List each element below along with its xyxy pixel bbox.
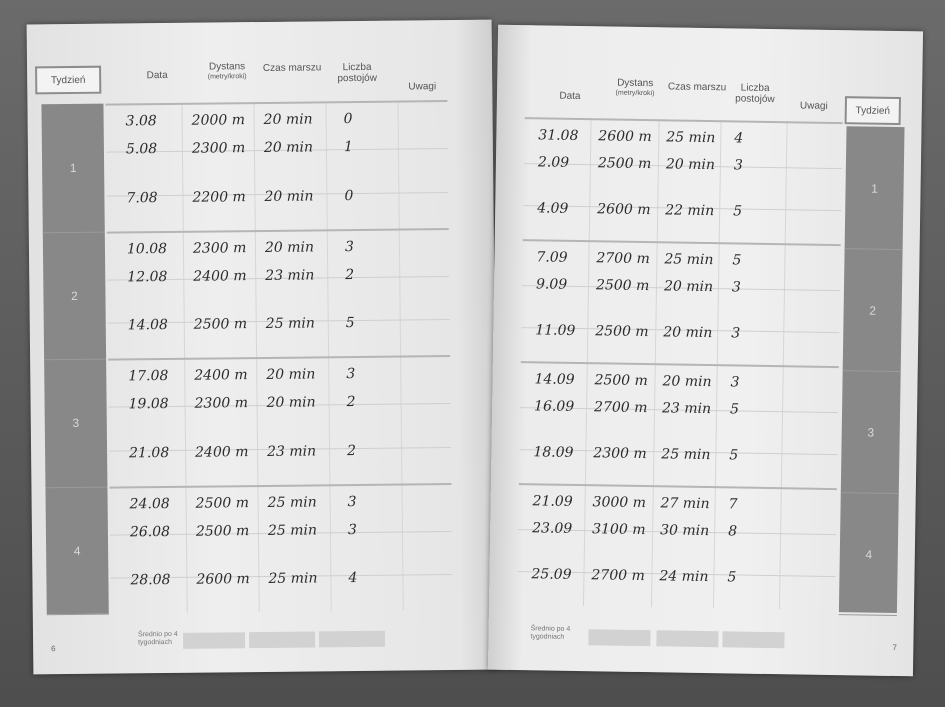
- week-block: 2: [843, 248, 903, 372]
- distance-header: Dystans(metry/kroki): [595, 78, 675, 97]
- time-cell: 20 min: [267, 395, 316, 412]
- date-cell: 14.09: [534, 371, 574, 388]
- average-time-box[interactable]: [656, 630, 718, 647]
- stops-cell: 0: [344, 111, 353, 127]
- stops-cell: 3: [731, 325, 740, 341]
- time-cell: 20 min: [662, 373, 711, 390]
- date-cell: 18.09: [533, 444, 573, 461]
- average-distance-box[interactable]: [588, 629, 650, 646]
- distance-cell: 2600 m: [597, 201, 651, 218]
- week-column-header: Tydzień: [35, 66, 101, 95]
- week-tab-label: Tydzień: [855, 105, 890, 117]
- time-cell: 20 min: [664, 278, 713, 295]
- date-cell: 23.09: [532, 520, 572, 537]
- distance-cell: 2400 m: [193, 268, 247, 285]
- week-number: 2: [869, 303, 876, 317]
- week-block: 2: [43, 231, 106, 360]
- stops-cell: 5: [346, 315, 355, 331]
- week-number: 3: [867, 425, 874, 439]
- stops-cell: 2: [345, 267, 354, 283]
- distance-header: Dystans(metry/kroki): [187, 62, 267, 81]
- week-block: 4: [45, 486, 108, 615]
- page-number: 7: [892, 643, 897, 652]
- time-cell: 25 min: [666, 129, 715, 146]
- time-cell: 20 min: [663, 324, 712, 341]
- stops-cell: 5: [733, 203, 742, 219]
- distance-cell: 2200 m: [192, 189, 246, 206]
- date-cell: 14.08: [128, 317, 168, 333]
- week-number: 4: [865, 547, 872, 561]
- average-distance-box[interactable]: [183, 632, 245, 649]
- stops-cell: 3: [348, 522, 357, 538]
- date-cell: 3.08: [126, 113, 157, 129]
- time-cell: 20 min: [266, 367, 315, 384]
- date-cell: 4.09: [537, 200, 568, 216]
- time-cell: 22 min: [665, 202, 714, 219]
- distance-cell: 2300 m: [193, 240, 247, 257]
- date-cell: 2.09: [538, 154, 569, 170]
- distance-cell: 2700 m: [596, 250, 650, 267]
- distance-cell: 2700 m: [591, 567, 645, 584]
- distance-cell: 2700 m: [594, 399, 648, 416]
- week-block: 1: [845, 126, 905, 250]
- stops-cell: 7: [728, 496, 737, 512]
- distance-cell: 2500 m: [598, 155, 652, 172]
- distance-cell: 3000 m: [592, 494, 646, 511]
- stops-cell: 3: [346, 366, 355, 382]
- time-cell: 25 min: [268, 494, 317, 511]
- time-cell: 23 min: [265, 267, 314, 284]
- row-divider: [107, 228, 449, 234]
- row-divider: [109, 483, 451, 489]
- distance-cell: 2500 m: [595, 323, 649, 340]
- date-header: Data: [127, 71, 187, 82]
- time-cell: 30 min: [660, 522, 709, 539]
- week-number: 2: [71, 289, 78, 303]
- time-cell: 25 min: [661, 446, 710, 463]
- week-block: 3: [841, 370, 901, 494]
- week-number: 3: [72, 416, 79, 430]
- time-cell: 25 min: [266, 316, 315, 333]
- date-cell: 10.08: [127, 241, 167, 257]
- row-divider: [523, 239, 841, 246]
- stops-cell: 5: [732, 252, 741, 268]
- distance-cell: 2300 m: [593, 445, 647, 462]
- stops-cell: 4: [348, 570, 357, 586]
- week-column-header: Tydzień: [845, 96, 901, 125]
- date-cell: 12.08: [127, 269, 167, 285]
- date-header: Data: [545, 91, 595, 102]
- time-cell: 20 min: [264, 112, 313, 129]
- week-number: 4: [74, 544, 81, 558]
- time-header: Czas marszu: [667, 82, 727, 93]
- stops-cell: 5: [727, 569, 736, 585]
- page-number: 6: [51, 644, 56, 653]
- date-cell: 7.08: [126, 190, 157, 206]
- week-sidebar: 1234: [839, 126, 905, 613]
- distance-cell: 2300 m: [192, 140, 246, 157]
- time-cell: 20 min: [265, 239, 314, 256]
- distance-cell: 2300 m: [195, 395, 249, 412]
- week-block: 3: [44, 359, 107, 488]
- stops-cell: 3: [730, 374, 739, 390]
- distance-cell: 2600 m: [598, 128, 652, 145]
- time-cell: 25 min: [664, 251, 713, 268]
- time-header: Czas marszu: [262, 63, 322, 74]
- time-cell: 25 min: [268, 571, 317, 588]
- row-divider: [519, 483, 837, 490]
- date-cell: 21.08: [129, 445, 169, 461]
- time-cell: 24 min: [659, 568, 708, 585]
- week-block: 4: [839, 492, 899, 616]
- notes-header: Uwagi: [789, 101, 839, 112]
- date-cell: 11.09: [535, 322, 575, 339]
- stops-header: Liczba postojów: [327, 63, 387, 85]
- distance-cell: 2500 m: [594, 372, 648, 389]
- walk-log-table: 3.082000 m20 min05.082300 m20 min17.0822…: [105, 100, 452, 614]
- time-cell: 25 min: [268, 522, 317, 539]
- distance-cell: 2500 m: [196, 523, 250, 540]
- stops-cell: 5: [729, 447, 738, 463]
- week-block: 1: [41, 104, 104, 233]
- distance-cell: 2500 m: [194, 316, 248, 333]
- average-stops-box[interactable]: [319, 631, 385, 648]
- week-sidebar: 1234: [41, 104, 108, 615]
- stops-cell: 5: [730, 401, 739, 417]
- distance-cell: 2600 m: [196, 571, 250, 588]
- week-number: 1: [70, 161, 77, 175]
- average-label: Średnio po 4 tygodniach: [530, 625, 590, 641]
- stops-cell: 2: [347, 394, 356, 410]
- date-cell: 5.08: [126, 141, 157, 157]
- average-stops-box[interactable]: [722, 631, 784, 648]
- date-cell: 28.08: [130, 572, 170, 588]
- date-cell: 31.08: [538, 127, 578, 144]
- week-number: 1: [871, 181, 878, 195]
- date-cell: 7.09: [536, 249, 567, 265]
- date-cell: 9.09: [536, 276, 567, 292]
- date-cell: 16.09: [534, 398, 574, 415]
- time-cell: 20 min: [264, 188, 313, 205]
- date-cell: 24.08: [130, 496, 170, 512]
- date-cell: 26.08: [130, 524, 170, 540]
- time-cell: 20 min: [666, 156, 715, 173]
- right-page: Data Dystans(metry/kroki) Czas marszu Li…: [488, 25, 923, 677]
- time-cell: 27 min: [660, 495, 709, 512]
- stops-cell: 3: [732, 279, 741, 295]
- distance-cell: 2400 m: [194, 367, 248, 384]
- distance-cell: 2000 m: [192, 112, 246, 129]
- stops-cell: 1: [344, 139, 353, 155]
- date-cell: 25.09: [531, 566, 571, 583]
- row-divider: [105, 100, 447, 106]
- date-cell: 19.08: [129, 396, 169, 412]
- stops-cell: 4: [734, 130, 743, 146]
- time-cell: 20 min: [264, 140, 313, 157]
- stops-cell: 3: [345, 239, 354, 255]
- walk-log-table: 31.082600 m25 min42.092500 m20 min34.092…: [517, 117, 843, 610]
- distance-cell: 2500 m: [596, 277, 650, 294]
- distance-cell: 3100 m: [592, 521, 646, 538]
- stops-cell: 2: [347, 443, 356, 459]
- stops-cell: 0: [344, 188, 353, 204]
- average-time-box[interactable]: [249, 631, 315, 648]
- date-cell: 21.09: [532, 493, 572, 510]
- notes-header: Uwagi: [397, 82, 447, 93]
- week-tab-label: Tydzień: [51, 74, 86, 85]
- stops-header: Liczba postojów: [725, 83, 785, 105]
- time-cell: 23 min: [267, 443, 316, 460]
- row-divider: [525, 117, 843, 124]
- stops-cell: 3: [348, 494, 357, 510]
- row-divider: [108, 355, 450, 361]
- distance-cell: 2400 m: [195, 444, 249, 461]
- stops-cell: 8: [728, 523, 737, 539]
- stops-cell: 3: [734, 157, 743, 173]
- row-divider: [521, 361, 839, 368]
- time-cell: 23 min: [662, 400, 711, 417]
- distance-cell: 2500 m: [196, 495, 250, 512]
- date-cell: 17.08: [128, 368, 168, 384]
- left-page: Tydzień Data Dystans(metry/kroki) Czas m…: [27, 20, 499, 675]
